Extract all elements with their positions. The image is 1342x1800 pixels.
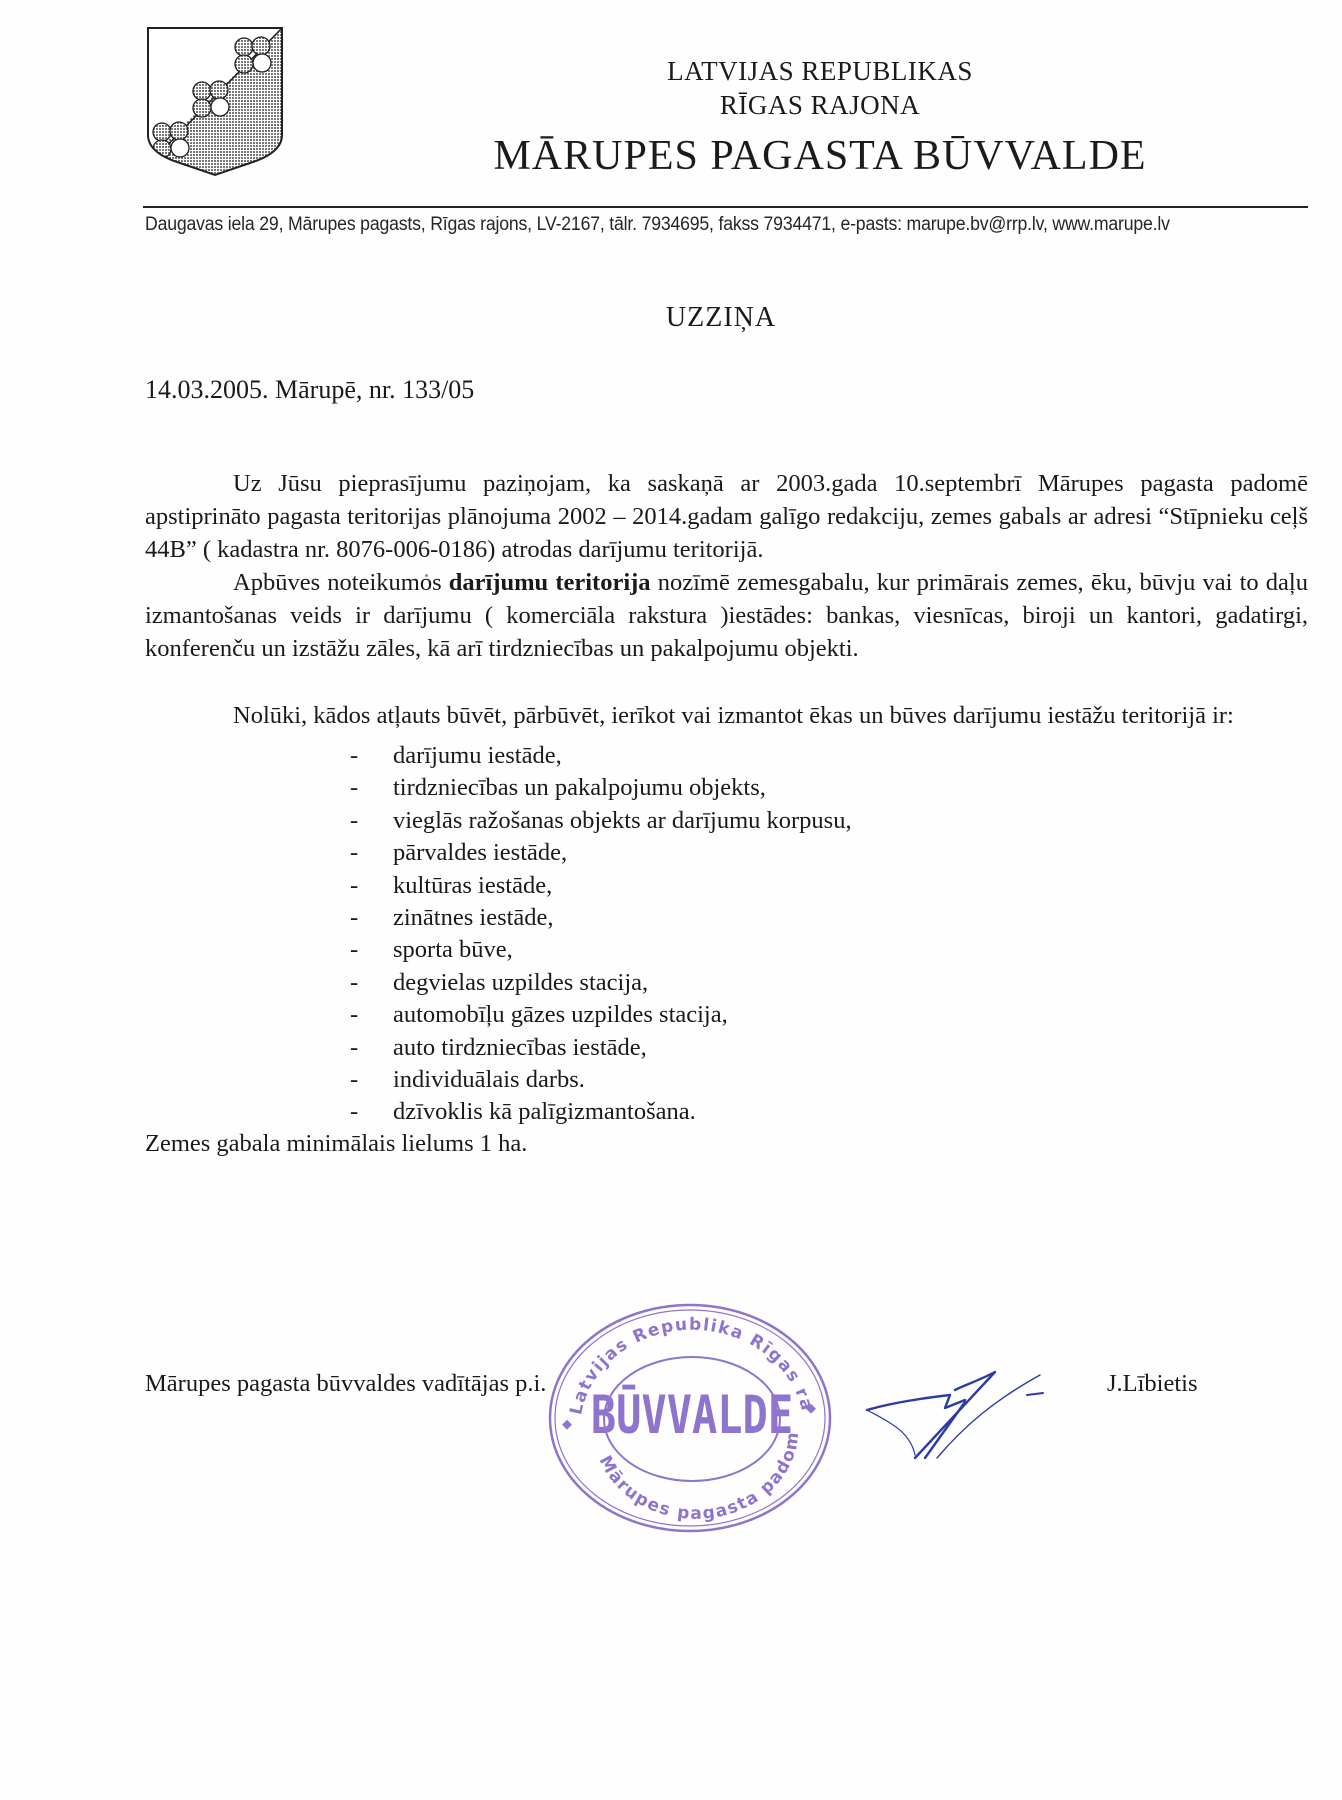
list-item: -darījumu iestāde, (350, 740, 852, 772)
list-dash: - (350, 772, 393, 804)
list-dash: - (350, 999, 393, 1031)
paragraph-3: Nolūki, kādos atļauts būvēt, pārbūvēt, i… (145, 699, 1308, 732)
list-item-text: kultūras iestāde, (393, 870, 552, 902)
letterhead-divider (143, 206, 1308, 208)
list-dash: - (350, 1096, 393, 1128)
official-stamp: Latvijas Republika Rīgas rajons BŪVVALDE… (540, 1293, 840, 1543)
org-country: LATVIJAS REPUBLIKAS (420, 56, 1220, 87)
list-item-text: darījumu iestāde, (393, 740, 562, 772)
list-item-text: zinātnes iestāde, (393, 902, 554, 934)
paragraph-1: Uz Jūsu pieprasījumu paziņojam, ka saska… (145, 467, 1308, 566)
org-district: RĪGAS RAJONA (420, 90, 1220, 121)
list-dash: - (350, 1064, 393, 1096)
signatory-name: J.Lībietis (1107, 1370, 1198, 1398)
list-item-text: auto tirdzniecības iestāde, (393, 1032, 647, 1064)
paragraph-2-lead: Apbūves noteikumos (233, 569, 449, 596)
list-item-text: sporta būve, (393, 934, 513, 966)
list-item: -dzīvoklis kā palīgizmantošana. (350, 1096, 852, 1128)
list-item: -degvielas uzpildes stacija, (350, 967, 852, 999)
list-item: -vieglās ražošanas objekts ar darījumu k… (350, 805, 852, 837)
document-title: UZZIŅA (0, 302, 1342, 334)
list-item-text: dzīvoklis kā palīgizmantošana. (393, 1096, 696, 1128)
list-item-text: pārvaldes iestāde, (393, 837, 567, 869)
list-dash: - (350, 805, 393, 837)
handwritten-signature (855, 1340, 1055, 1460)
list-item: -automobīļu gāzes uzpildes stacija, (350, 999, 852, 1031)
document-page: LATVIJAS REPUBLIKAS RĪGAS RAJONA MĀRUPES… (0, 0, 1342, 1800)
list-dash: - (350, 1032, 393, 1064)
list-item-text: degvielas uzpildes stacija, (393, 967, 648, 999)
paragraph-2-term: darījumu teritorija (449, 569, 651, 596)
list-item: -zinātnes iestāde, (350, 902, 852, 934)
document-reference: 14.03.2005. Mārupē, nr. 133/05 (145, 375, 474, 405)
paper-speck (425, 574, 428, 577)
permitted-uses-list: -darījumu iestāde,-tirdzniecības un paka… (350, 740, 852, 1129)
org-title: MĀRUPES PAGASTA BŪVVALDE (420, 132, 1220, 180)
closing-statement: Zemes gabala minimālais lielums 1 ha. (145, 1130, 527, 1158)
list-dash: - (350, 934, 393, 966)
stamp-center-text: BŪVVALDE (591, 1384, 793, 1446)
list-item: -kultūras iestāde, (350, 870, 852, 902)
coat-of-arms-icon (145, 25, 285, 177)
paragraph-2: Apbūves noteikumos darījumu teritorija n… (145, 566, 1308, 665)
list-item: -pārvaldes iestāde, (350, 837, 852, 869)
list-item-text: vieglās ražošanas objekts ar darījumu ko… (393, 805, 852, 837)
list-item: -sporta būve, (350, 934, 852, 966)
list-dash: - (350, 967, 393, 999)
list-dash: - (350, 837, 393, 869)
signatory-role: Mārupes pagasta būvvaldes vadītājas p.i. (145, 1370, 546, 1398)
list-dash: - (350, 740, 393, 772)
list-item-text: individuālais darbs. (393, 1064, 585, 1096)
list-item-text: tirdzniecības un pakalpojumu objekts, (393, 772, 766, 804)
list-dash: - (350, 902, 393, 934)
list-item-text: automobīļu gāzes uzpildes stacija, (393, 999, 728, 1031)
list-dash: - (350, 870, 393, 902)
list-item: -individuālais darbs. (350, 1064, 852, 1096)
contact-line: Daugavas iela 29, Mārupes pagasts, Rīgas… (145, 214, 1233, 236)
list-item: -tirdzniecības un pakalpojumu objekts, (350, 772, 852, 804)
list-item: -auto tirdzniecības iestāde, (350, 1032, 852, 1064)
